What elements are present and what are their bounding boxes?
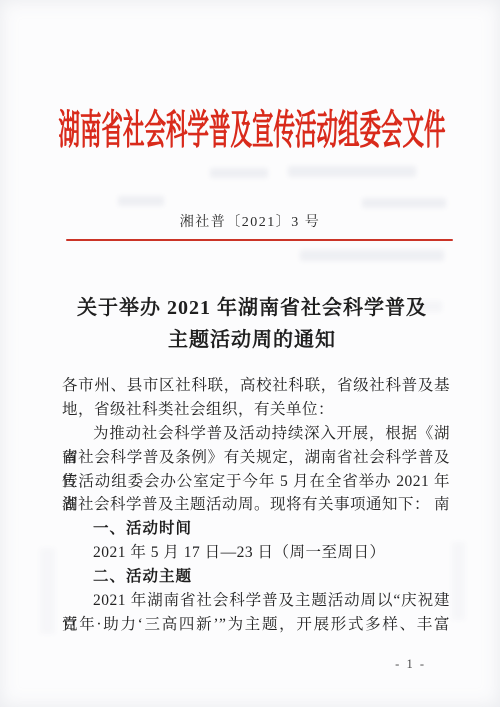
body-line: 为推动社会科学普及活动持续深入开展，根据《湖南 bbox=[62, 422, 450, 446]
bleed-through-smudge bbox=[452, 542, 465, 620]
document-reference-number: 湘社普〔2021〕3 号 bbox=[0, 211, 500, 231]
document-title: 关于举办 2021 年湖南省社会科学普及 主题活动周的通知 bbox=[56, 293, 448, 356]
body-line: 各市州、县市区社科联，高校社科联，省级社科普及基 bbox=[62, 374, 450, 398]
page-number: - 1 - bbox=[395, 657, 426, 672]
document-title-line1: 关于举办 2021 年湖南省社会科学普及 bbox=[56, 293, 448, 325]
bleed-through-smudge bbox=[362, 198, 446, 208]
body-line: 省社会科学普及条例》有关规定，湖南省社会科学普及宣 bbox=[62, 446, 450, 470]
body-section-heading: 二、活动主题 bbox=[62, 565, 450, 589]
body-line: 传活动组委会办公室定于今年 5 月在全省举办 2021 年湖南 bbox=[62, 470, 450, 494]
bleed-through-smudge bbox=[210, 168, 268, 178]
scanned-document-page: 湖南省社会科学普及宣传活动组委会文件 湘社普〔2021〕3 号 关于举办 202… bbox=[0, 0, 500, 707]
bleed-through-smudge bbox=[118, 196, 164, 206]
bleed-through-smudge bbox=[40, 548, 55, 634]
letterhead-rule bbox=[66, 239, 453, 241]
body-line: 2021 年湖南省社会科学普及主题活动周以“庆祝建党 bbox=[62, 589, 450, 613]
document-body: 各市州、县市区社科联，高校社科联，省级社科普及基 地，省级社科类社会组织，有关单… bbox=[62, 374, 450, 637]
bleed-through-smudge bbox=[300, 250, 444, 261]
body-line: 2021 年 5 月 17 日—23 日（周一至周日） bbox=[62, 541, 450, 565]
body-line: 省社会科学普及主题活动周。现将有关事项通知下： bbox=[62, 493, 450, 517]
body-line: 百年·助力‘三高四新’”为主题，开展形式多样、丰富 bbox=[62, 613, 450, 637]
letterhead: 湖南省社会科学普及宣传活动组委会文件 bbox=[56, 101, 448, 153]
document-title-line2: 主题活动周的通知 bbox=[56, 325, 448, 357]
letterhead-org-title: 湖南省社会科学普及宣传活动组委会文件 bbox=[58, 98, 445, 156]
bleed-through-smudge bbox=[288, 166, 416, 177]
body-section-heading: 一、活动时间 bbox=[62, 517, 450, 541]
body-line: 地，省级社科类社会组织，有关单位： bbox=[62, 398, 450, 422]
